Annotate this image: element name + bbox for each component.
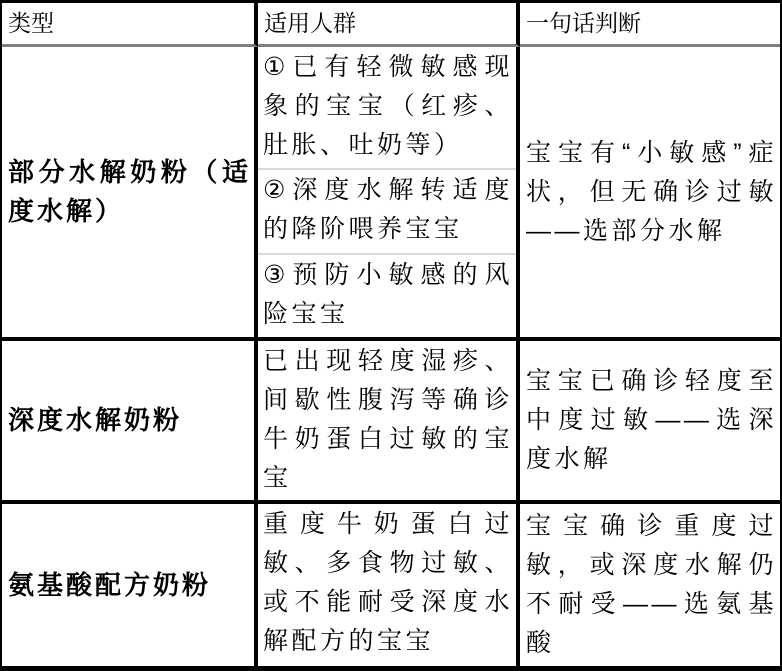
formula-comparison-table: 类型 适用人群 一句话判断 部分水解奶粉（适度水解） ①已有轻微敏感现象的宝宝（… [0, 0, 782, 671]
row-amino-judgment: 宝宝确诊重度过敏，或深度水解仍不耐受——选氨基酸 [520, 504, 780, 666]
judgment-text: 宝宝已确诊轻度至中度过敏——选深度水解 [526, 362, 777, 479]
audience-subitem-2: ②深度水解转适度的降阶喂养宝宝 [258, 168, 516, 252]
row-extensive-audience: 已出现轻度湿疹、间歇性腹泻等确诊牛奶蛋白过敏的宝宝 [258, 341, 520, 504]
audience-subitem-1: ①已有轻微敏感现象的宝宝（红疹、肚胀、吐奶等） [258, 47, 516, 168]
judgment-text: 宝宝确诊重度过敏，或深度水解仍不耐受——选氨基酸 [526, 507, 777, 663]
header-type: 类型 [2, 3, 258, 47]
row-amino-type: 氨基酸配方奶粉 [2, 504, 258, 666]
audience-subitem-3: ③预防小敏感的风险宝宝 [258, 253, 516, 337]
header-judgment: 一句话判断 [520, 3, 780, 47]
row-extensive-type: 深度水解奶粉 [2, 341, 258, 504]
row-extensive-judgment: 宝宝已确诊轻度至中度过敏——选深度水解 [520, 341, 780, 504]
header-audience: 适用人群 [258, 3, 520, 47]
row-partial-judgment: 宝宝有“小敏感”症状，但无确诊过敏——选部分水解 [520, 47, 780, 341]
row-partial-audience: ①已有轻微敏感现象的宝宝（红疹、肚胀、吐奶等） ②深度水解转适度的降阶喂养宝宝 … [258, 47, 520, 341]
row-partial-type: 部分水解奶粉（适度水解） [2, 47, 258, 341]
audience-sublist: ①已有轻微敏感现象的宝宝（红疹、肚胀、吐奶等） ②深度水解转适度的降阶喂养宝宝 … [258, 47, 516, 337]
row-amino-audience: 重度牛奶蛋白过敏、多食物过敏、或不能耐受深度水解配方的宝宝 [258, 504, 520, 666]
judgment-text: 宝宝有“小敏感”症状，但无确诊过敏——选部分水解 [526, 134, 777, 251]
